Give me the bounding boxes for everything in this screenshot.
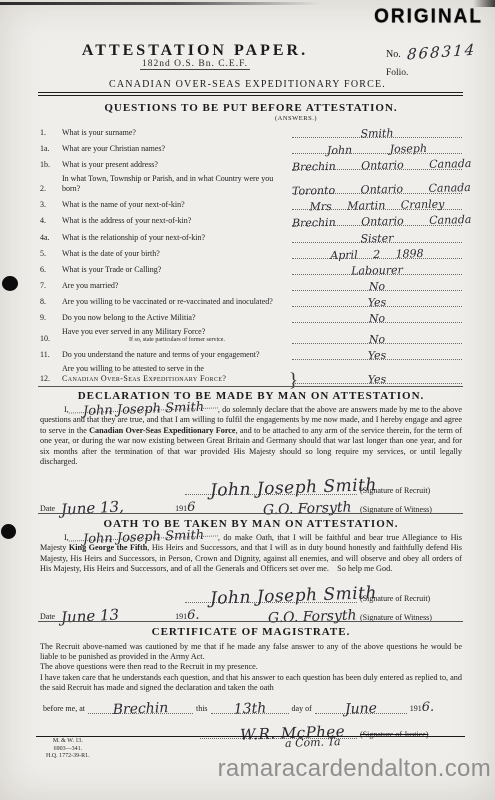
question-number: 8. bbox=[40, 297, 62, 307]
date-witness-row: Date June 13 1916. G.O. Forsyth (Signatu… bbox=[40, 610, 462, 622]
question-text: Do you understand the nature and terms o… bbox=[62, 350, 292, 360]
answer-handwritten: Mrs Martin Cranley bbox=[292, 199, 462, 215]
question-number: 1. bbox=[40, 128, 62, 138]
recruit-signature-row: John Joseph Smith (Signature of Recruit) bbox=[40, 480, 462, 495]
answer-line: April 2 1898 bbox=[292, 247, 462, 259]
answer-line: Sister bbox=[292, 231, 462, 243]
recruit-signature-row: John Joseph Smith (Signature of Recruit) bbox=[40, 588, 462, 603]
answer-handwritten: No bbox=[292, 311, 462, 327]
question-text: What is the address of your next-of-kin? bbox=[62, 216, 292, 226]
oath-name-handwritten: John Joseph Smith bbox=[69, 535, 218, 541]
year-handwritten: 6. bbox=[422, 700, 434, 715]
answer-handwritten: Yes bbox=[292, 295, 462, 311]
hole-punch-mark bbox=[1, 524, 16, 539]
question-text: Are you willing to be attested to serve … bbox=[62, 364, 292, 384]
date-handwritten: June 13, bbox=[61, 498, 125, 519]
answers-label: (ANSWERS.) bbox=[85, 115, 495, 122]
question-number: 3. bbox=[40, 200, 62, 210]
answer-line: Brechin Ontario Canada bbox=[292, 214, 462, 226]
answer-line: No bbox=[292, 332, 462, 344]
signature-line: John Joseph Smith bbox=[185, 588, 357, 603]
month-handwritten: June bbox=[315, 699, 408, 718]
year-printed: 1916. bbox=[407, 703, 437, 714]
question-number: 1a. bbox=[40, 144, 62, 154]
question-number: 6. bbox=[40, 265, 62, 275]
answer-line: No bbox=[292, 279, 462, 291]
question-number: 10. bbox=[40, 334, 62, 344]
answer-handwritten: No bbox=[292, 332, 462, 348]
questions-heading: QUESTIONS TO BE PUT BEFORE ATTESTATION. bbox=[40, 102, 462, 114]
section-divider bbox=[38, 513, 463, 514]
before-me-label: before me, at bbox=[40, 704, 88, 714]
form-code-block: M. & W. 13. 6903—341. H.Q. 1772-39-R1. bbox=[46, 738, 90, 761]
question-text-smallcaps: Canadian Over-Seas Expeditionary Force? bbox=[62, 374, 292, 384]
question-number: 11. bbox=[40, 350, 62, 360]
declaration-paragraph: I,John Joseph Smith, do solemnly declare… bbox=[40, 405, 462, 467]
answer-line: No bbox=[292, 311, 462, 323]
bottom-rule bbox=[36, 736, 465, 737]
question-row: 2. In what Town, Township or Parish, and… bbox=[40, 174, 462, 194]
serial-number: No. 868314 bbox=[386, 43, 477, 61]
question-number: 4a. bbox=[40, 233, 62, 243]
recruit-signature-handwritten: John Joseph Smith bbox=[210, 476, 378, 502]
year-printed: 1916. bbox=[173, 611, 201, 622]
question-number: 12. bbox=[40, 374, 62, 384]
answer-handwritten: Sister bbox=[292, 231, 462, 247]
recruit-signature-handwritten: John Joseph Smith bbox=[210, 583, 378, 609]
hole-punch-mark bbox=[2, 276, 18, 291]
certificate-para3: I have taken care that he understands ea… bbox=[40, 673, 462, 693]
section-divider bbox=[38, 386, 463, 387]
answer-handwritten: Toronto Ontario Canada bbox=[292, 183, 462, 199]
folio-label: Folio. bbox=[386, 68, 408, 78]
certificate-para2: The above questions were then read to th… bbox=[40, 662, 462, 672]
section-divider bbox=[38, 621, 463, 622]
question-row: 5. What is the date of your birth? April… bbox=[40, 247, 462, 259]
answer-handwritten: Smith bbox=[292, 126, 462, 142]
question-row: 3. What is the name of your next-of-kin?… bbox=[40, 198, 462, 210]
scan-edge-artifact bbox=[0, 2, 320, 5]
question-text: What is your Trade or Calling? bbox=[62, 265, 292, 275]
question-row: 4a. What is the relationship of your nex… bbox=[40, 231, 462, 243]
question-row: 11. Do you understand the nature and ter… bbox=[40, 348, 462, 360]
this-label: this bbox=[193, 704, 211, 714]
oath-section: OATH TO BE TAKEN BY MAN ON ATTESTATION. … bbox=[40, 518, 462, 622]
question-row: 1. What is your surname? Smith bbox=[40, 126, 462, 138]
force-subtitle: CANADIAN OVER-SEAS EXPEDITIONARY FORCE. bbox=[0, 79, 495, 90]
place-line: Brechin bbox=[88, 702, 193, 714]
questions-section: QUESTIONS TO BE PUT BEFORE ATTESTATION. … bbox=[40, 102, 462, 388]
answer-line: Yes bbox=[292, 372, 462, 384]
day-handwritten: 13th bbox=[210, 700, 289, 719]
declaration-name-handwritten: John Joseph Smith bbox=[69, 407, 218, 413]
witness-signature-handwritten: G.O. Forsyth bbox=[267, 607, 356, 626]
battalion-stamp: 182nd O.S. Bn. C.E.F. bbox=[0, 59, 390, 69]
justice-note-handwritten: a Com. Ta bbox=[285, 735, 341, 750]
website-watermark: ramaracardendalton.com bbox=[218, 755, 491, 783]
serial-number-handwritten: 868314 bbox=[407, 41, 477, 64]
scanned-attestation-paper: ORIGINAL ATTESTATION PAPER. 182nd O.S. B… bbox=[0, 0, 495, 800]
question-row: 9. Do you now belong to the Active Milit… bbox=[40, 311, 462, 323]
header-divider bbox=[38, 92, 463, 96]
answer-handwritten: Brechin Ontario Canada bbox=[292, 158, 462, 174]
answer-line: Mrs Martin Cranley bbox=[292, 198, 462, 210]
answer-handwritten: Labourer bbox=[292, 263, 462, 279]
question-number: 1b. bbox=[40, 160, 62, 170]
question-number: 7. bbox=[40, 281, 62, 291]
question-row: 12. Are you willing to be attested to se… bbox=[40, 364, 462, 384]
form-code: 6903—341. bbox=[46, 746, 90, 754]
answer-line: John Joseph bbox=[292, 142, 462, 154]
date-line: June 13 bbox=[55, 610, 173, 622]
question-text: Are you willing to be vaccinated or re-v… bbox=[62, 297, 292, 307]
certificate-heading: CERTIFICATE OF MAGISTRATE. bbox=[40, 626, 462, 638]
question-row: 1a. What are your Christian names? John … bbox=[40, 142, 462, 154]
question-text: What is your surname? bbox=[62, 128, 292, 138]
signature-line: John Joseph Smith bbox=[185, 480, 357, 495]
declaration-heading: DECLARATION TO BE MADE BY MAN ON ATTESTA… bbox=[40, 390, 462, 402]
form-code: M. & W. 13. bbox=[46, 738, 90, 746]
question-row: 8. Are you willing to be vaccinated or r… bbox=[40, 295, 462, 307]
answer-handwritten: Brechin Ontario Canada bbox=[292, 215, 462, 231]
answer-handwritten: April 2 1898 bbox=[292, 247, 462, 263]
question-text: What is the date of your birth? bbox=[62, 249, 292, 259]
page-title: ATTESTATION PAPER. bbox=[0, 42, 390, 60]
no-label: No. bbox=[386, 49, 401, 60]
question-subnote: If so, state particulars of former servi… bbox=[62, 337, 292, 344]
force-bold-text: Canadian Over-Seas Expeditionary Force bbox=[89, 426, 235, 435]
question-text: What is the relationship of your next-of… bbox=[62, 233, 292, 243]
question-text: Have you ever served in any Military For… bbox=[62, 327, 292, 344]
witness-signature-handwritten: G.O. Forsyth bbox=[263, 500, 352, 519]
question-text: Are you married? bbox=[62, 281, 292, 291]
answer-handwritten: No bbox=[292, 279, 462, 295]
day-of-label: day of bbox=[289, 704, 315, 714]
answer-line: Yes bbox=[292, 348, 462, 360]
question-text: What are your Christian names? bbox=[62, 144, 292, 154]
question-text-main: Have you ever served in any Military For… bbox=[62, 327, 205, 336]
certificate-para1: The Recruit above-named was cautioned by… bbox=[40, 642, 462, 662]
answer-handwritten: Yes bbox=[292, 348, 462, 364]
answer-line: Toronto Ontario Canada bbox=[292, 182, 462, 194]
form-code: H.Q. 1772-39-R1. bbox=[46, 753, 90, 761]
answer-line: Labourer bbox=[292, 263, 462, 275]
question-number: 5. bbox=[40, 249, 62, 259]
question-row: 4. What is the address of your next-of-k… bbox=[40, 214, 462, 226]
question-text: In what Town, Township or Parish, and in… bbox=[62, 174, 292, 194]
before-me-row: before me, at Brechin this 13th day of J… bbox=[40, 702, 462, 714]
question-row: 7. Are you married? No bbox=[40, 279, 462, 291]
certificate-section: CERTIFICATE OF MAGISTRATE. The Recruit a… bbox=[40, 626, 462, 749]
month-line: June bbox=[315, 702, 407, 714]
witness-signature-line: G.O. Forsyth bbox=[208, 610, 357, 622]
answer-line: Smith bbox=[292, 126, 462, 138]
question-number: 4. bbox=[40, 216, 62, 226]
question-text: What is the name of your next-of-kin? bbox=[62, 200, 292, 210]
original-stamp: ORIGINAL bbox=[374, 5, 483, 28]
justice-note-row: a Com. Ta bbox=[40, 739, 462, 749]
place-handwritten: Brechin bbox=[88, 699, 193, 719]
question-row: 1b. What is your present address? Brechi… bbox=[40, 158, 462, 170]
question-row: 10. Have you ever served in any Military… bbox=[40, 327, 462, 344]
answer-handwritten: John Joseph bbox=[292, 142, 462, 158]
question-text-main: Are you willing to be attested to serve … bbox=[62, 364, 204, 373]
declaration-section: DECLARATION TO BE MADE BY MAN ON ATTESTA… bbox=[40, 390, 462, 514]
question-number: 9. bbox=[40, 313, 62, 323]
answer-line: Yes bbox=[292, 295, 462, 307]
oath-heading: OATH TO BE TAKEN BY MAN ON ATTESTATION. bbox=[40, 518, 462, 530]
question-row: 6. What is your Trade or Calling? Labour… bbox=[40, 263, 462, 275]
oath-paragraph: I,John Joseph Smith, do make Oath, that … bbox=[40, 533, 462, 575]
question-text: What is your present address? bbox=[62, 160, 292, 170]
date-handwritten: June 13 bbox=[61, 605, 120, 626]
questions-list: 1. What is your surname? Smith 1a. What … bbox=[40, 126, 462, 384]
answer-line: Brechin Ontario Canada bbox=[292, 158, 462, 170]
question-text: Do you now belong to the Active Militia? bbox=[62, 313, 292, 323]
day-line: 13th bbox=[211, 702, 289, 714]
question-number: 2. bbox=[40, 184, 62, 194]
signature-justice-label: (Signature of Justice) bbox=[357, 730, 462, 739]
